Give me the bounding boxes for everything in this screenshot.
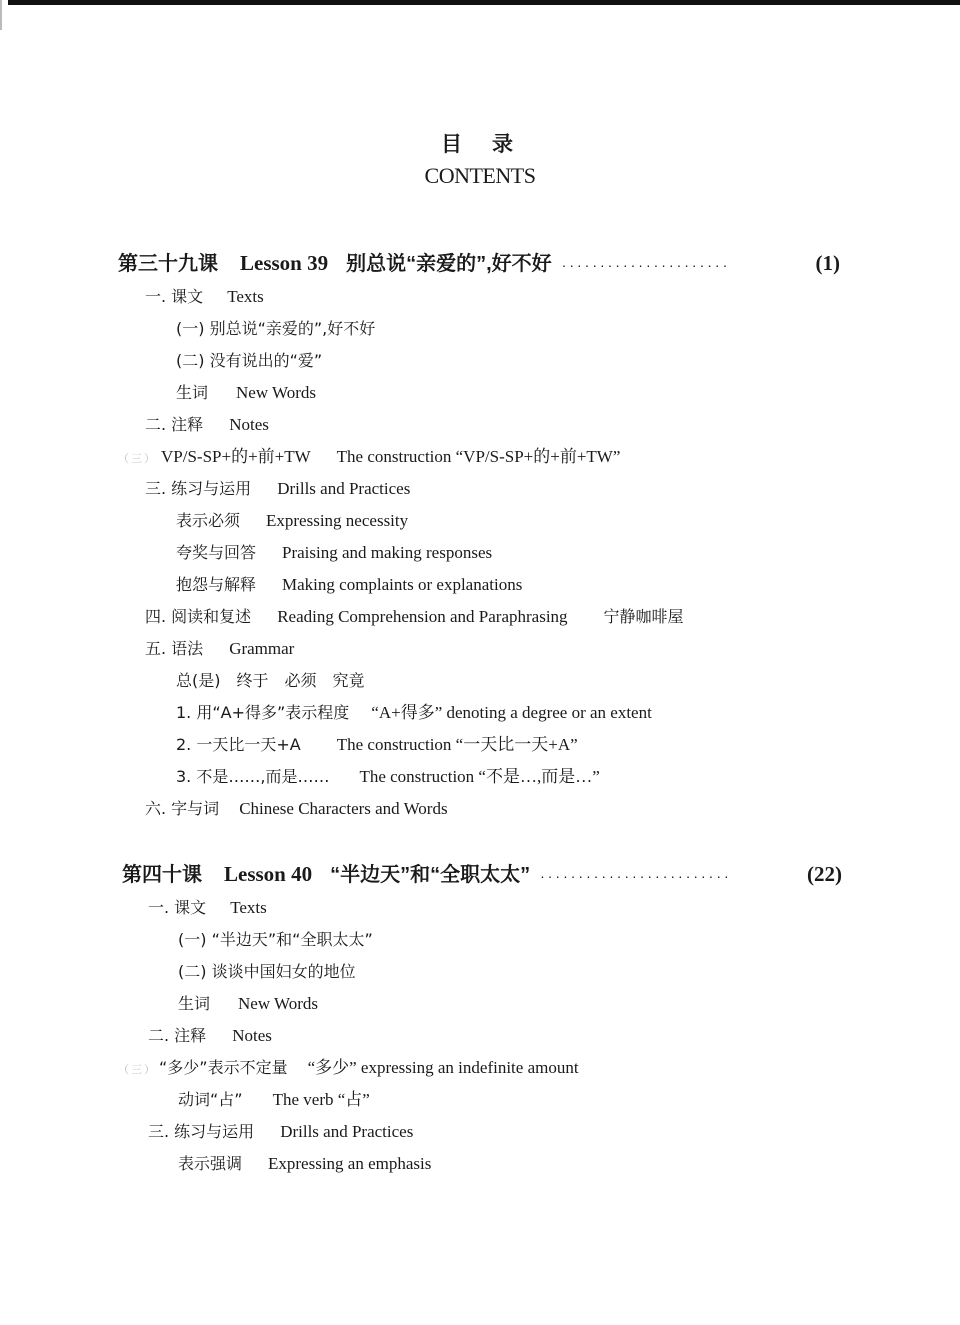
toc-entry[interactable]: (一) 别总说“亲爱的”,好不好 [176,318,375,340]
scan-left-edge [0,0,2,30]
toc-entry[interactable]: 四. 阅读和复述Reading Comprehension and Paraph… [145,606,684,628]
toc-entry[interactable]: 总(是) 终于 必须 究竟 [176,670,365,692]
page-title-english: CONTENTS [0,163,960,189]
toc-entry[interactable]: 3. 不是……,而是……The construction “不是…,而是…” [176,766,600,788]
scan-artifact: （三） [118,1064,157,1076]
toc-entry[interactable]: 表示必须Expressing necessity [176,510,408,532]
page-number: (22) [807,861,842,887]
lesson-title: 别总说“亲爱的”,好不好 [346,251,552,277]
toc-entry[interactable]: 三. 练习与运用Drills and Practices [145,478,410,500]
scan-top-border [8,0,960,5]
leader-dots: ······················ [562,252,806,278]
toc-entry[interactable]: 生词New Words [176,382,316,404]
toc-entry[interactable]: 二. 注释Notes [148,1025,272,1047]
page-number: (1) [816,250,841,276]
toc-entry[interactable]: 六. 字与词Chinese Characters and Words [145,798,448,820]
page-title-chinese: 目录 [0,128,960,158]
lesson-number-cn: 第三十九课 [118,251,218,277]
toc-entry[interactable]: 五. 语法Grammar [145,638,294,660]
scan-artifact: （三） [118,453,157,465]
toc-entry[interactable]: (二) 谈谈中国妇女的地位 [178,961,356,983]
lesson-title: “半边天”和“全职太太” [330,862,530,888]
toc-entry[interactable]: 生词New Words [178,993,318,1015]
lesson-number-cn: 第四十课 [122,862,202,888]
toc-entry[interactable]: 夸奖与回答Praising and making responses [176,542,492,564]
lesson-39-heading[interactable]: 第三十九课 Lesson 39 别总说“亲爱的”,好不好 ···········… [118,250,840,278]
toc-entry[interactable]: 1. 用“A+得多”表示程度“A+得多” denoting a degree o… [176,702,652,724]
leader-dots: ························· [540,863,797,889]
toc-entry[interactable]: 一. 课文Texts [145,286,264,308]
toc-entry[interactable]: 2. 一天比一天+AThe construction “一天比一天+A” [176,734,578,756]
toc-entry[interactable]: 抱怨与解释Making complaints or explanations [176,574,522,596]
toc-entry[interactable]: 二. 注释Notes [145,414,269,436]
toc-entry[interactable]: (二) 没有说出的“爱” [176,350,322,372]
lesson-40-heading[interactable]: 第四十课 Lesson 40 “半边天”和“全职太太” ············… [122,861,842,889]
lesson-number-en: Lesson 39 [240,250,328,276]
toc-entry[interactable]: (一) “半边天”和“全职太太” [178,929,373,951]
toc-entry[interactable]: 三. 练习与运用Drills and Practices [148,1121,413,1143]
toc-entry[interactable]: 一. 课文Texts [148,897,267,919]
toc-entry[interactable]: （三）“多少”表示不定量“多少” expressing an indefinit… [118,1057,579,1081]
reading-title: 宁静咖啡屋 [604,607,684,626]
toc-entry[interactable]: （三）VP/S-SP+的+前+TWThe construction “VP/S-… [118,446,620,470]
lesson-number-en: Lesson 40 [224,861,312,887]
toc-entry[interactable]: 表示强调Expressing an emphasis [178,1153,431,1175]
toc-entry[interactable]: 动词“占”The verb “占” [178,1089,370,1111]
